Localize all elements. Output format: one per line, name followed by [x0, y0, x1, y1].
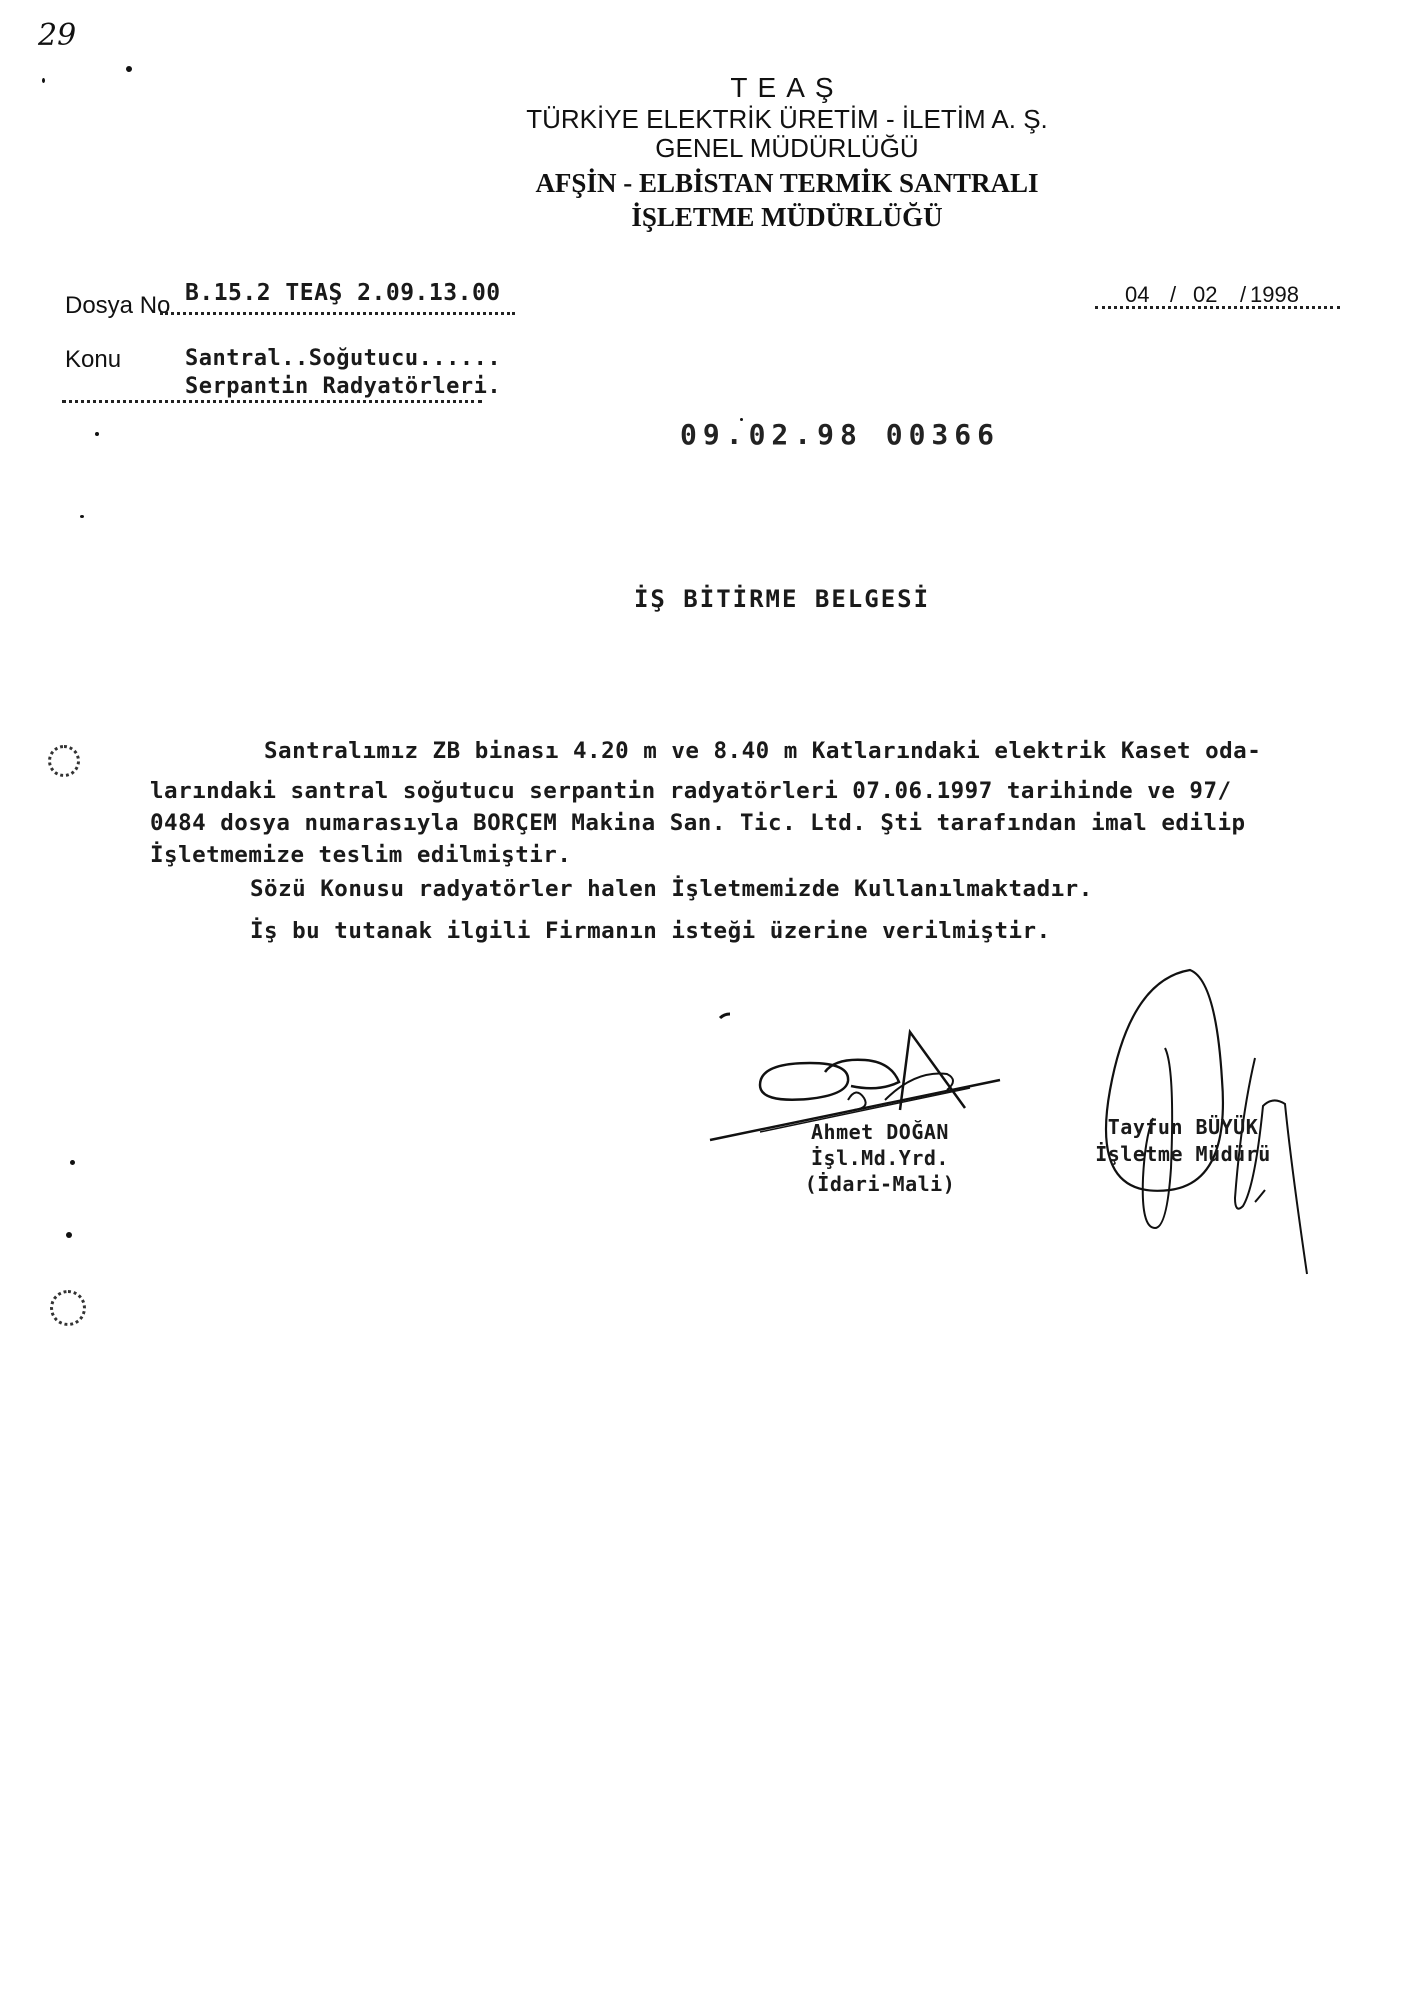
subject-label: Konu: [65, 346, 121, 374]
subject-line-1: Santral..Soğutucu......: [185, 346, 501, 371]
date-separator: /: [1170, 282, 1176, 308]
document-title: İŞ BİTİRME BELGESİ: [0, 585, 1414, 613]
date-separator: /: [1240, 282, 1246, 308]
dotted-line: [160, 312, 515, 315]
paragraph-1-line: İşletmemize teslim edilmiştir.: [150, 842, 571, 868]
paragraph-3: İş bu tutanak ilgili Firmanın isteği üze…: [250, 918, 1051, 944]
paragraph-2: Sözü Konusu radyatörler halen İşletmemiz…: [250, 876, 1093, 902]
plant-name: AFŞİN - ELBİSTAN TERMİK SANTRALI: [0, 168, 1414, 199]
directorate-name: GENEL MÜDÜRLÜĞÜ: [0, 133, 1414, 164]
speck-mark: [80, 515, 84, 518]
signatory-name: Tayfun BÜYÜK: [1068, 1115, 1298, 1139]
handwritten-page-number: 29: [38, 18, 76, 53]
org-full-name: TÜRKİYE ELEKTRİK ÜRETİM - İLETİM A. Ş.: [0, 104, 1414, 135]
speck-mark: [66, 1232, 72, 1238]
date-month: 02: [1193, 282, 1217, 308]
speck-mark: [740, 418, 743, 421]
subject-line-2: Serpantin Radyatörleri.: [185, 374, 501, 399]
punch-hole-mark: [50, 1290, 86, 1326]
org-short-name: TEAŞ: [0, 72, 1414, 104]
file-number-label: Dosya No: [65, 292, 170, 320]
date-day: 04: [1125, 282, 1149, 308]
speck-mark: [70, 1160, 75, 1165]
speck-mark: [42, 78, 45, 83]
paragraph-1-line: 0484 dosya numarasıyla BORÇEM Makina San…: [150, 810, 1246, 836]
speck-mark: [95, 432, 99, 436]
registry-stamp: 09.02.98 00366: [680, 418, 1000, 451]
signatory-department: (İdari-Mali): [760, 1172, 1000, 1196]
operations-directorate: İŞLETME MÜDÜRLÜĞÜ: [0, 202, 1414, 233]
paragraph-1-line: larındaki santral soğutucu serpantin rad…: [150, 778, 1232, 804]
date-year: 1998: [1250, 282, 1299, 308]
dotted-line: [62, 400, 482, 403]
signatory-title: İşletme Müdürü: [1063, 1142, 1303, 1166]
signatory-title: İşl.Md.Yrd.: [760, 1146, 1000, 1170]
punch-hole-mark: [48, 745, 80, 777]
speck-mark: [126, 66, 132, 72]
file-number-value: B.15.2 TEAŞ 2.09.13.00: [185, 280, 501, 306]
signatory-name: Ahmet DOĞAN: [760, 1120, 1000, 1144]
signature-scribble-icon: [700, 1000, 1020, 1140]
paragraph-1-line: Santralımız ZB binası 4.20 m ve 8.40 m K…: [264, 738, 1261, 764]
